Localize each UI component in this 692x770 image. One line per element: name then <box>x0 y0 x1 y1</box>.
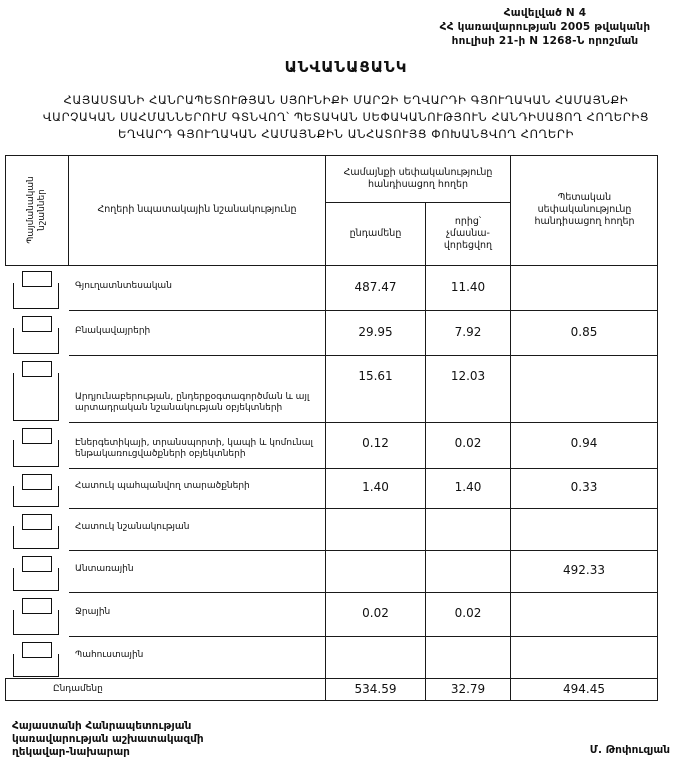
row-divider <box>69 508 658 509</box>
header-community-land: Համայնքի սեփականությունը հանդիսացող հողե… <box>326 155 510 202</box>
totals-total: 534.59 <box>326 682 425 696</box>
signatory-name: Մ. Թոփուզյան <box>590 744 670 756</box>
cell-of-which: 0.02 <box>426 436 510 450</box>
cell-state: 0.33 <box>511 480 657 494</box>
appendix-date: հուլիսի 21-ի N 1268-Ն որոշման <box>420 34 670 48</box>
row-purpose-label: Հատուկ նշանակության <box>75 522 315 533</box>
header-total: ընդամենը <box>326 203 425 265</box>
row-divider <box>69 592 658 593</box>
header-divider <box>326 202 510 203</box>
table-border-right <box>657 155 658 700</box>
row-divider <box>69 468 658 469</box>
appendix-reference: Հավելված N 4 ՀՀ կառավարության 2005 թվակա… <box>420 6 670 48</box>
totals-label: Ընդամենը <box>53 684 103 695</box>
subtitle-line-3: ԵՂՎԱՐԴ ԳՅՈՒՂԱԿԱՆ ՀԱՄԱՅՆՔԻՆ ԱՆՀԱՏՈՒՅՑ ՓՈԽ… <box>0 126 692 143</box>
cell-state: 492.33 <box>511 563 657 577</box>
row-purpose-label: Ջրային <box>75 607 315 618</box>
cell-of-which: 0.02 <box>426 606 510 620</box>
cell-of-which: 11.40 <box>426 280 510 294</box>
map-sign-icon <box>5 642 68 678</box>
row-divider <box>69 550 658 551</box>
row-purpose-label: Պահուստային <box>75 650 315 661</box>
map-sign-icon <box>5 556 68 592</box>
row-divider <box>5 265 658 266</box>
map-sign-icon <box>5 598 68 636</box>
subtitle-line-1: ՀԱՅԱՍՏԱՆԻ ՀԱՆՐԱՊԵՏՈՒԹՅԱՆ ՍՅՈՒՆԻՔԻ ՄԱՐԶԻ … <box>0 92 692 109</box>
row-purpose-label: Էներգետիկայի, տրանսպորտի, կապի և կոմունա… <box>75 438 315 460</box>
cell-total: 29.95 <box>326 325 425 339</box>
signatory-position: Հայաստանի Հանրապետության կառավարության ա… <box>12 720 204 759</box>
table-border-top <box>5 155 658 156</box>
row-purpose-label: Արդյունաբերության, ընդերքօգտագործման և ա… <box>75 392 315 414</box>
appendix-decision: ՀՀ կառավարության 2005 թվականի <box>420 20 670 34</box>
cell-total: 1.40 <box>326 480 425 494</box>
header-col-divider <box>68 155 69 265</box>
row-divider <box>5 678 69 679</box>
header-col-divider <box>425 202 426 265</box>
row-divider <box>69 355 658 356</box>
map-sign-icon <box>5 271 68 310</box>
cell-of-which: 1.40 <box>426 480 510 494</box>
cell-of-which: 7.92 <box>426 325 510 339</box>
row-purpose-label: Գյուղատնտեսական <box>75 281 315 292</box>
land-table: Պայմանական նշաններ Հողերի նպատակային նշա… <box>5 155 658 700</box>
row-purpose-label: Բնակավայրերի <box>75 326 315 337</box>
appendix-number: Հավելված N 4 <box>420 6 670 20</box>
map-sign-icon <box>5 361 68 422</box>
map-sign-icon <box>5 316 68 355</box>
row-divider <box>69 678 658 679</box>
table-border-bottom <box>5 700 658 701</box>
header-state-land: Պետական սեփականությունը հանդիսացող հողեր <box>511 155 658 265</box>
header-signs: Պայմանական նշաններ <box>5 155 68 265</box>
cell-state: 0.85 <box>511 325 657 339</box>
row-divider <box>69 310 658 311</box>
cell-total: 0.12 <box>326 436 425 450</box>
table-border-left <box>5 155 6 265</box>
document-title: ԱՆՎԱՆԱՑԱՆԿ <box>0 58 692 76</box>
map-sign-icon <box>5 428 68 468</box>
row-purpose-label: Անտառային <box>75 564 315 575</box>
cell-total: 15.61 <box>326 369 425 383</box>
subtitle-line-2: ՎԱՐՉԱԿԱՆ ՍԱՀՄԱՆՆԵՐՈՒՄ ԳՏՆՎՈՂ՝ ՊԵՏԱԿԱՆ ՍԵ… <box>0 109 692 126</box>
cell-total: 0.02 <box>326 606 425 620</box>
header-purpose: Հողերի նպատակային նշանակությունը <box>69 155 325 265</box>
totals-state: 494.45 <box>511 682 657 696</box>
totals-of-which: 32.79 <box>426 682 510 696</box>
map-sign-icon <box>5 474 68 508</box>
row-purpose-label: Հատուկ պահպանվող տարածքների <box>75 481 315 492</box>
row-divider <box>69 636 658 637</box>
cell-state: 0.94 <box>511 436 657 450</box>
table-border-left <box>5 678 6 700</box>
row-divider <box>69 422 658 423</box>
document-subtitle: ՀԱՅԱՍՏԱՆԻ ՀԱՆՐԱՊԵՏՈՒԹՅԱՆ ՍՅՈՒՆԻՔԻ ՄԱՐԶԻ … <box>0 92 692 143</box>
header-of-which-unspecialized: որից՝ չմասնա-վորեցվող <box>426 203 510 265</box>
cell-of-which: 12.03 <box>426 369 510 383</box>
map-sign-icon <box>5 514 68 550</box>
cell-total: 487.47 <box>326 280 425 294</box>
col-divider <box>510 155 511 700</box>
